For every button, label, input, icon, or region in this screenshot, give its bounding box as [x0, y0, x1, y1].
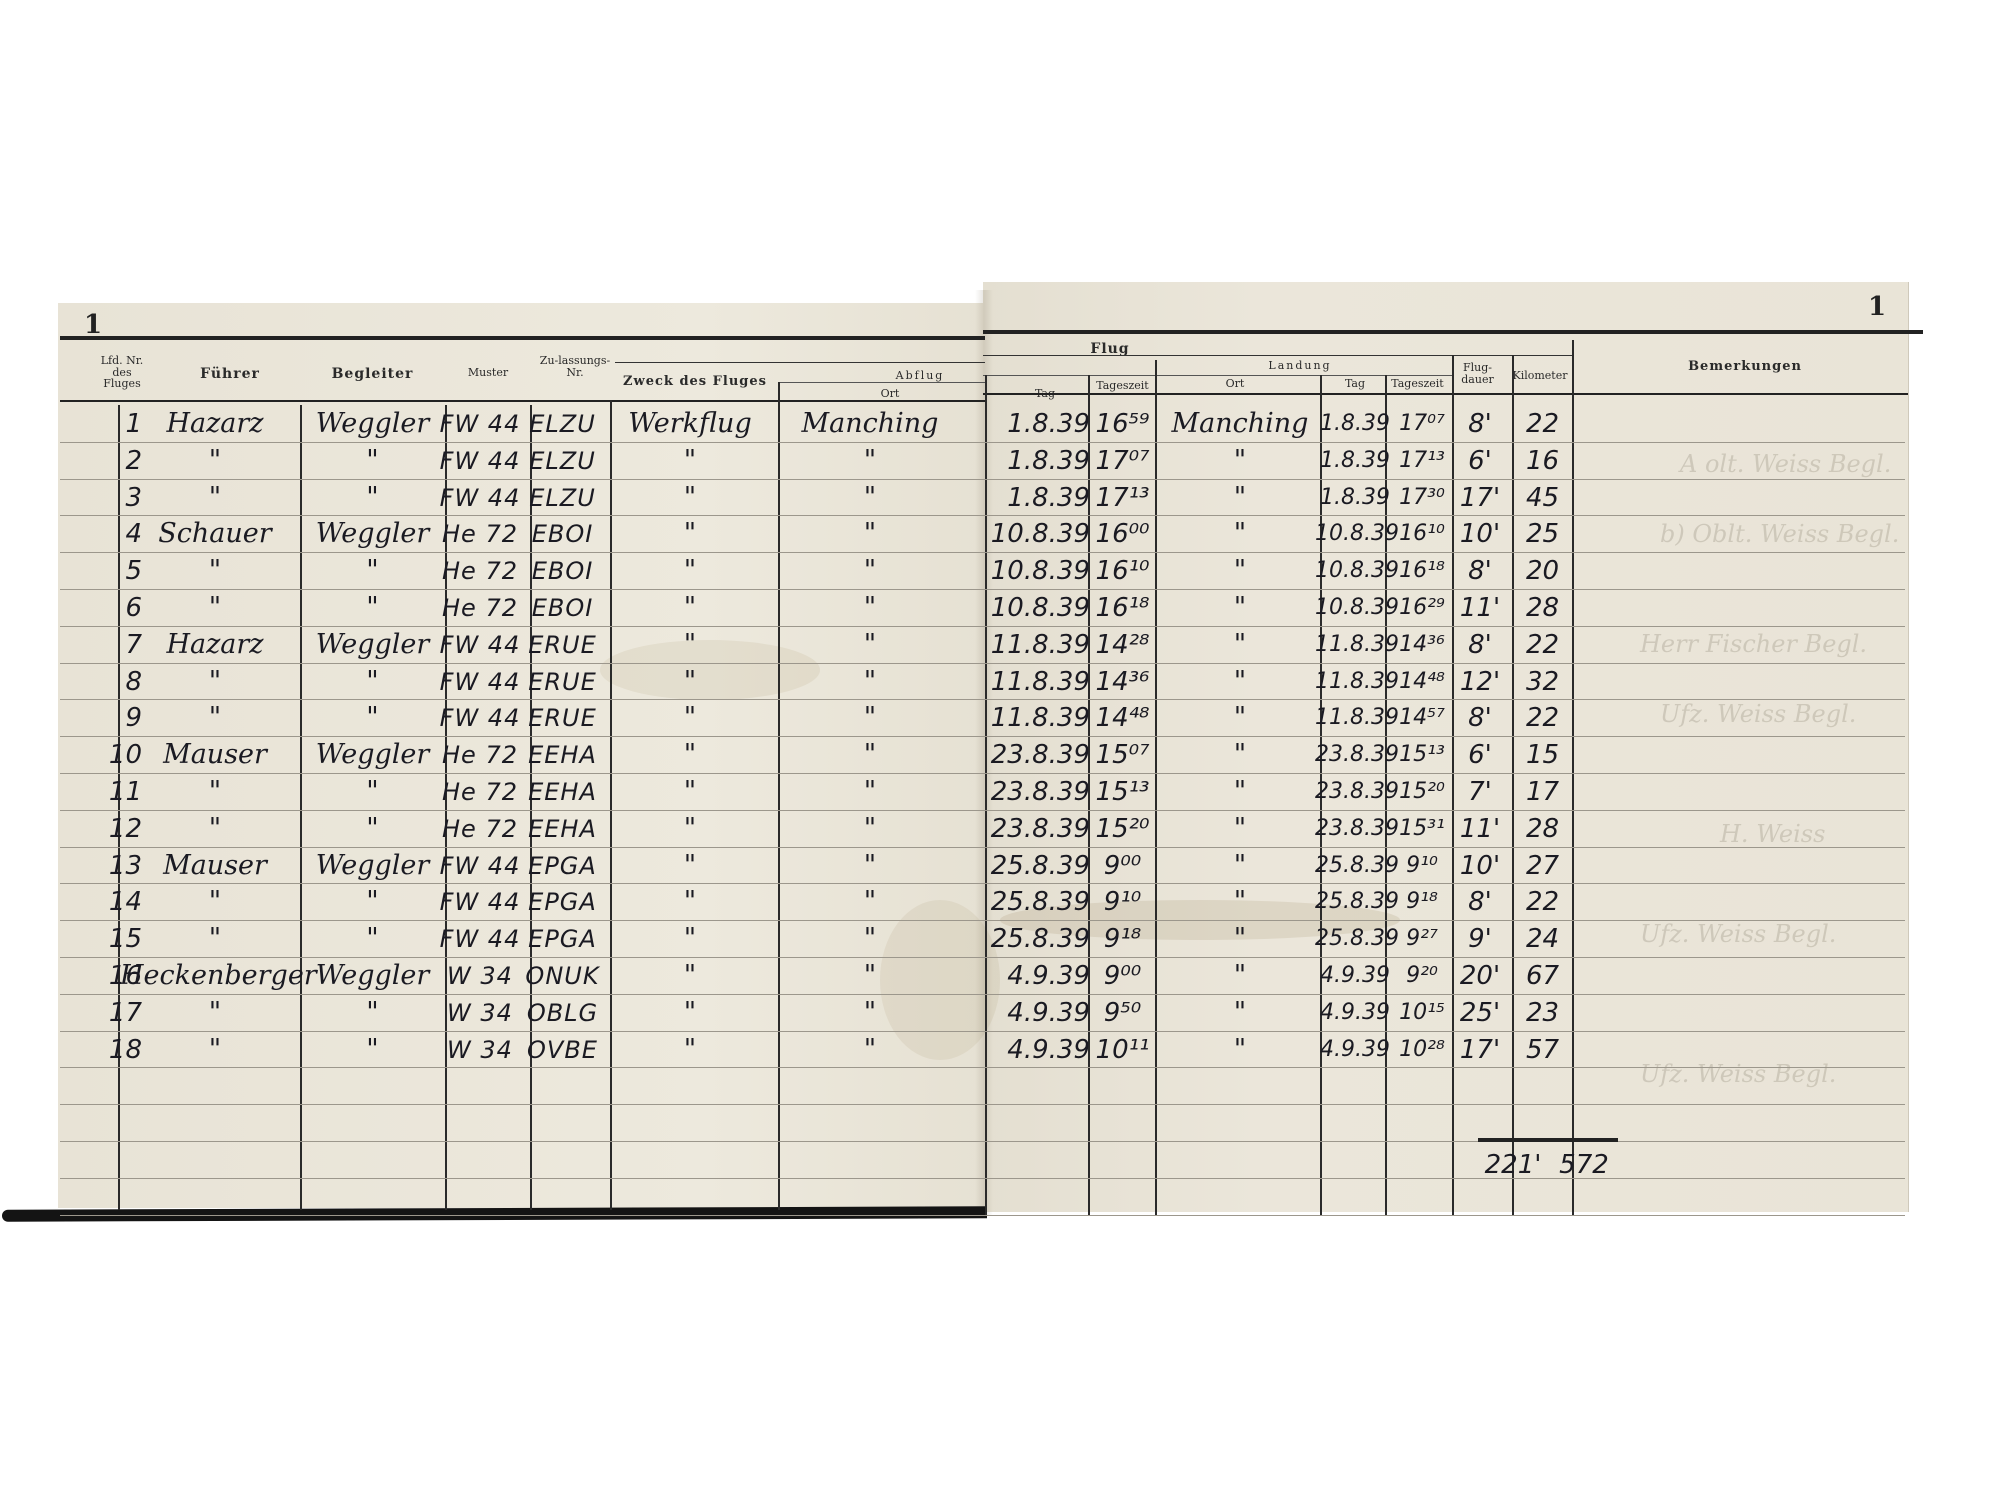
cell-la-zeit: 15²⁰ — [1392, 775, 1452, 809]
cell-fuehrer: Schauer — [120, 517, 310, 551]
cell-muster: FW 44 — [435, 885, 525, 919]
header-bottom-rule — [60, 400, 985, 402]
cell-ab-ort: " — [770, 591, 970, 625]
row-line — [60, 552, 985, 553]
cell-la-tag: 23.8.39 — [1315, 738, 1390, 772]
row-line — [60, 883, 985, 884]
cell-zul: EPGA — [520, 922, 605, 956]
cell-ab-zeit: 9⁰⁰ — [1090, 959, 1155, 993]
cell-zweck: " — [610, 1033, 770, 1067]
cell-dauer: 17' — [1450, 1033, 1510, 1067]
header-flugdauer: Flug-dauer — [1450, 362, 1505, 385]
cell-fuehrer: Heckenberger — [120, 959, 310, 993]
cell-muster: He 72 — [435, 738, 525, 772]
cell-ab-ort: " — [770, 481, 970, 515]
header-divider — [778, 382, 985, 383]
cell-fuehrer: " — [120, 812, 310, 846]
cell-begleiter: Weggler — [300, 628, 445, 662]
cell-la-ort: " — [1155, 885, 1325, 919]
cell-ab-tag: 4.9.39 — [990, 959, 1090, 993]
cell-ab-tag: 25.8.39 — [990, 885, 1090, 919]
cell-zweck: " — [610, 554, 770, 588]
totals-rule — [1478, 1138, 1618, 1142]
cell-ab-ort: " — [770, 996, 970, 1030]
cell-fuehrer: " — [120, 775, 310, 809]
bleed-through-text: b) Oblt. Weiss Begl. — [1660, 520, 1899, 548]
bleed-through-text: Ufz. Weiss Begl. — [1640, 920, 1836, 948]
cell-ab-ort: " — [770, 517, 970, 551]
row-line — [60, 663, 985, 664]
cell-muster: FW 44 — [435, 407, 525, 441]
cell-muster: He 72 — [435, 591, 525, 625]
cell-la-tag: 11.8.39 — [1315, 701, 1390, 735]
column-divider — [1572, 340, 1574, 1215]
total-flugdauer: 221' — [1478, 1148, 1548, 1182]
cell-la-zeit: 17¹³ — [1392, 444, 1452, 478]
cell-ab-ort: " — [770, 849, 970, 883]
cell-la-ort: " — [1155, 665, 1325, 699]
cell-la-tag: 1.8.39 — [1315, 407, 1390, 441]
cell-begleiter: Weggler — [300, 517, 445, 551]
column-divider — [1512, 355, 1514, 1215]
cell-la-tag: 23.8.39 — [1315, 812, 1390, 846]
cell-zul: EPGA — [520, 885, 605, 919]
cell-fuehrer: Hazarz — [120, 628, 310, 662]
cell-ab-ort: " — [770, 701, 970, 735]
cell-begleiter: " — [300, 665, 445, 699]
cell-zweck: " — [610, 996, 770, 1030]
cell-la-ort: " — [1155, 775, 1325, 809]
cell-zweck: " — [610, 517, 770, 551]
cell-zul: EPGA — [520, 849, 605, 883]
cell-zul: ONUK — [520, 959, 605, 993]
row-line — [983, 1104, 1905, 1105]
cell-ab-ort: " — [770, 444, 970, 478]
row-line — [60, 626, 985, 627]
cell-ab-ort: " — [770, 554, 970, 588]
row-line — [983, 994, 1905, 995]
row-line — [983, 957, 1905, 958]
bleed-through-text: Ufz. Weiss Begl. — [1660, 700, 1856, 728]
row-line — [983, 773, 1905, 774]
header-divider — [1150, 375, 1450, 376]
cell-km: 24 — [1515, 922, 1570, 956]
cell-fuehrer: " — [120, 665, 310, 699]
cell-km: 28 — [1515, 591, 1570, 625]
cell-ab-ort: " — [770, 885, 970, 919]
row-line — [983, 1067, 1905, 1068]
cell-zweck: " — [610, 775, 770, 809]
row-line — [60, 810, 985, 811]
cell-muster: He 72 — [435, 812, 525, 846]
cell-la-ort: " — [1155, 591, 1325, 625]
cell-zul: ELZU — [520, 407, 605, 441]
cell-la-zeit: 15¹³ — [1392, 738, 1452, 772]
row-line — [983, 663, 1905, 664]
header-abflug: Abflug — [860, 370, 980, 382]
cell-fuehrer: " — [120, 1033, 310, 1067]
cell-muster: FW 44 — [435, 444, 525, 478]
header-divider — [983, 355, 1573, 356]
cell-la-zeit: 16¹⁰ — [1392, 517, 1452, 551]
cell-la-ort: " — [1155, 481, 1325, 515]
cell-ab-ort: " — [770, 665, 970, 699]
row-line — [60, 736, 985, 737]
cell-la-ort: " — [1155, 812, 1325, 846]
row-line — [60, 1031, 985, 1032]
row-line — [983, 515, 1905, 516]
cell-dauer: 10' — [1450, 517, 1510, 551]
cell-ab-ort: Manching — [770, 407, 970, 441]
cell-ab-ort: " — [770, 812, 970, 846]
cell-muster: FW 44 — [435, 701, 525, 735]
cell-ab-zeit: 9⁵⁰ — [1090, 996, 1155, 1030]
cell-km: 22 — [1515, 885, 1570, 919]
cell-zweck: " — [610, 591, 770, 625]
cell-muster: FW 44 — [435, 849, 525, 883]
cell-zul: ELZU — [520, 444, 605, 478]
cell-la-ort: " — [1155, 996, 1325, 1030]
cell-muster: FW 44 — [435, 628, 525, 662]
cell-muster: FW 44 — [435, 922, 525, 956]
cell-begleiter: Weggler — [300, 959, 445, 993]
row-line — [983, 920, 1905, 921]
cell-fuehrer: " — [120, 996, 310, 1030]
cell-la-tag: 10.8.39 — [1315, 554, 1390, 588]
cell-la-tag: 10.8.39 — [1315, 591, 1390, 625]
cell-dauer: 10' — [1450, 849, 1510, 883]
header-landung-tageszeit: Tageszeit — [1385, 378, 1450, 390]
cell-zul: OBLG — [520, 996, 605, 1030]
cell-ab-tag: 25.8.39 — [990, 922, 1090, 956]
cell-fuehrer: Hazarz — [120, 407, 310, 441]
cell-ab-tag: 23.8.39 — [990, 738, 1090, 772]
cell-ab-tag: 10.8.39 — [990, 517, 1090, 551]
cell-km: 57 — [1515, 1033, 1570, 1067]
row-line — [60, 699, 985, 700]
cell-la-zeit: 9²⁷ — [1392, 922, 1452, 956]
cell-zweck: " — [610, 849, 770, 883]
cell-dauer: 8' — [1450, 885, 1510, 919]
row-line — [983, 1178, 1905, 1179]
header-landung: Landung — [1210, 360, 1390, 372]
cell-dauer: 8' — [1450, 701, 1510, 735]
cell-ab-zeit: 10¹¹ — [1090, 1033, 1155, 1067]
total-kilometer: 572 — [1550, 1148, 1618, 1182]
cell-la-zeit: 15³¹ — [1392, 812, 1452, 846]
cell-zweck: Werkflug — [610, 407, 770, 441]
cell-ab-tag: 11.8.39 — [990, 665, 1090, 699]
cell-ab-ort: " — [770, 738, 970, 772]
cell-muster: W 34 — [435, 996, 525, 1030]
cell-la-ort: " — [1155, 554, 1325, 588]
cell-la-zeit: 17³⁰ — [1392, 481, 1452, 515]
cell-begleiter: Weggler — [300, 849, 445, 883]
cell-km: 23 — [1515, 996, 1570, 1030]
cell-la-zeit: 10¹⁵ — [1392, 996, 1452, 1030]
cell-begleiter: " — [300, 444, 445, 478]
cell-km: 32 — [1515, 665, 1570, 699]
cell-ab-tag: 1.8.39 — [990, 444, 1090, 478]
cell-ab-zeit: 16¹⁸ — [1090, 591, 1155, 625]
cell-begleiter: " — [300, 812, 445, 846]
cell-muster: W 34 — [435, 1033, 525, 1067]
cell-dauer: 25' — [1450, 996, 1510, 1030]
header-kilometer: Kilometer — [1510, 370, 1570, 382]
header-zulassungs-nr: Zu-lassungs-Nr. — [535, 355, 615, 378]
cell-fuehrer: Mauser — [120, 738, 310, 772]
cell-zweck: " — [610, 812, 770, 846]
cell-ab-zeit: 9⁰⁰ — [1090, 849, 1155, 883]
cell-la-tag: 1.8.39 — [1315, 444, 1390, 478]
cell-ab-zeit: 15²⁰ — [1090, 812, 1155, 846]
cell-begleiter: " — [300, 1033, 445, 1067]
cell-zul: EEHA — [520, 738, 605, 772]
cell-la-ort: " — [1155, 701, 1325, 735]
cell-dauer: 17' — [1450, 481, 1510, 515]
row-line — [60, 957, 985, 958]
bleed-through-text: Herr Fischer Begl. — [1640, 630, 1867, 658]
cell-ab-zeit: 16¹⁰ — [1090, 554, 1155, 588]
cell-dauer: 8' — [1450, 628, 1510, 662]
cell-la-zeit: 16¹⁸ — [1392, 554, 1452, 588]
cell-muster: He 72 — [435, 554, 525, 588]
cell-zweck: " — [610, 665, 770, 699]
bleed-through-text: Ufz. Weiss Begl. — [1640, 1060, 1836, 1088]
cell-zul: EEHA — [520, 812, 605, 846]
cell-begleiter: " — [300, 701, 445, 735]
row-line — [60, 847, 985, 848]
row-line — [983, 1215, 1905, 1216]
row-line — [983, 699, 1905, 700]
header-muster: Muster — [445, 367, 531, 379]
cell-zul: EEHA — [520, 775, 605, 809]
column-divider — [985, 375, 987, 1215]
row-line — [60, 515, 985, 516]
header-zweck: Zweck des Fluges — [615, 375, 775, 389]
cell-ab-ort: " — [770, 959, 970, 993]
cell-la-ort: " — [1155, 922, 1325, 956]
row-line — [60, 1178, 985, 1179]
cell-zul: ERUE — [520, 665, 605, 699]
cell-km: 22 — [1515, 407, 1570, 441]
page-number-right: 1 — [1868, 292, 1886, 322]
cell-ab-tag: 1.8.39 — [990, 407, 1090, 441]
row-line — [983, 847, 1905, 848]
cell-km: 27 — [1515, 849, 1570, 883]
cell-ab-ort: " — [770, 628, 970, 662]
cell-km: 45 — [1515, 481, 1570, 515]
cell-km: 15 — [1515, 738, 1570, 772]
header-bottom-rule — [983, 393, 1908, 395]
cell-km: 25 — [1515, 517, 1570, 551]
cell-la-zeit: 14⁵⁷ — [1392, 701, 1452, 735]
header-rule — [983, 330, 1923, 334]
cell-la-zeit: 14⁴⁸ — [1392, 665, 1452, 699]
cell-zweck: " — [610, 628, 770, 662]
bleed-through-text: A olt. Weiss Begl. — [1680, 450, 1891, 478]
row-line — [983, 626, 1905, 627]
header-fuehrer: Führer — [160, 367, 300, 382]
cell-zul: EBOI — [520, 591, 605, 625]
header-landung-ort: Ort — [1170, 378, 1300, 390]
cell-ab-ort: " — [770, 922, 970, 956]
cell-la-zeit: 14³⁶ — [1392, 628, 1452, 662]
cell-dauer: 9' — [1450, 922, 1510, 956]
cell-fuehrer: Mauser — [120, 849, 310, 883]
cell-dauer: 8' — [1450, 407, 1510, 441]
row-line — [60, 994, 985, 995]
header-lfd-nr: Lfd. Nr. des Fluges — [92, 355, 152, 390]
cell-ab-tag: 10.8.39 — [990, 554, 1090, 588]
cell-ab-tag: 11.8.39 — [990, 628, 1090, 662]
cell-muster: FW 44 — [435, 481, 525, 515]
cell-la-tag: 25.8.39 — [1315, 849, 1390, 883]
cell-ab-tag: 4.9.39 — [990, 1033, 1090, 1067]
cell-la-zeit: 9¹⁸ — [1392, 885, 1452, 919]
cell-muster: W 34 — [435, 959, 525, 993]
cell-la-tag: 25.8.39 — [1315, 922, 1390, 956]
cell-ab-ort: " — [770, 775, 970, 809]
cell-la-tag: 25.8.39 — [1315, 885, 1390, 919]
header-abflug-tageszeit: Tageszeit — [1090, 380, 1155, 392]
cell-km: 28 — [1515, 812, 1570, 846]
cell-la-ort: " — [1155, 1033, 1325, 1067]
cell-dauer: 6' — [1450, 738, 1510, 772]
cell-zul: ERUE — [520, 628, 605, 662]
cell-ab-tag: 25.8.39 — [990, 849, 1090, 883]
cell-begleiter: " — [300, 481, 445, 515]
cell-la-ort: " — [1155, 628, 1325, 662]
cell-la-zeit: 9¹⁰ — [1392, 849, 1452, 883]
row-line — [60, 920, 985, 921]
row-line — [983, 1031, 1905, 1032]
header-abflug-ort: Ort — [820, 388, 960, 400]
cell-km: 22 — [1515, 701, 1570, 735]
cell-muster: FW 44 — [435, 665, 525, 699]
cell-dauer: 11' — [1450, 591, 1510, 625]
cell-la-zeit: 17⁰⁷ — [1392, 407, 1452, 441]
cell-begleiter: " — [300, 922, 445, 956]
cell-ab-tag: 10.8.39 — [990, 591, 1090, 625]
cell-begleiter: " — [300, 554, 445, 588]
header-rule — [60, 336, 985, 340]
cell-ab-zeit: 14⁴⁸ — [1090, 701, 1155, 735]
cell-dauer: 20' — [1450, 959, 1510, 993]
cell-begleiter: Weggler — [300, 738, 445, 772]
cell-km: 17 — [1515, 775, 1570, 809]
cell-la-tag: 11.8.39 — [1315, 665, 1390, 699]
cell-ab-zeit: 14²⁸ — [1090, 628, 1155, 662]
cell-la-zeit: 10²⁸ — [1392, 1033, 1452, 1067]
cell-ab-zeit: 14³⁶ — [1090, 665, 1155, 699]
cell-dauer: 7' — [1450, 775, 1510, 809]
cell-begleiter: " — [300, 996, 445, 1030]
cell-la-tag: 10.8.39 — [1315, 517, 1390, 551]
row-line — [983, 1141, 1905, 1142]
cell-zweck: " — [610, 444, 770, 478]
cell-zweck: " — [610, 701, 770, 735]
row-line — [983, 589, 1905, 590]
cell-dauer: 11' — [1450, 812, 1510, 846]
cell-zul: OVBE — [520, 1033, 605, 1067]
cell-muster: He 72 — [435, 775, 525, 809]
row-line — [60, 773, 985, 774]
cell-muster: He 72 — [435, 517, 525, 551]
cell-la-zeit: 9²⁰ — [1392, 959, 1452, 993]
cell-begleiter: Weggler — [300, 407, 445, 441]
cell-fuehrer: " — [120, 701, 310, 735]
cell-ab-zeit: 16⁵⁹ — [1090, 407, 1155, 441]
cell-zul: ERUE — [520, 701, 605, 735]
cell-la-ort: " — [1155, 444, 1325, 478]
row-line — [60, 1215, 985, 1216]
cell-ab-zeit: 17⁰⁷ — [1090, 444, 1155, 478]
cell-km: 67 — [1515, 959, 1570, 993]
row-line — [983, 552, 1905, 553]
cell-zweck: " — [610, 959, 770, 993]
row-line — [60, 1141, 985, 1142]
cell-zul: ELZU — [520, 481, 605, 515]
cell-ab-zeit: 16⁰⁰ — [1090, 517, 1155, 551]
cell-ab-tag: 11.8.39 — [990, 701, 1090, 735]
cell-fuehrer: " — [120, 444, 310, 478]
row-line — [60, 442, 985, 443]
cell-fuehrer: " — [120, 481, 310, 515]
header-landung-tag: Tag — [1320, 378, 1390, 390]
row-line — [983, 479, 1905, 480]
cell-fuehrer: " — [120, 591, 310, 625]
cell-zweck: " — [610, 922, 770, 956]
cell-zweck: " — [610, 738, 770, 772]
cell-fuehrer: " — [120, 885, 310, 919]
row-line — [983, 736, 1905, 737]
cell-dauer: 6' — [1450, 444, 1510, 478]
cell-la-ort: " — [1155, 959, 1325, 993]
cell-km: 20 — [1515, 554, 1570, 588]
cell-km: 16 — [1515, 444, 1570, 478]
bleed-through-text: H. Weiss — [1720, 820, 1825, 848]
cell-la-ort: " — [1155, 738, 1325, 772]
header-divider — [615, 362, 985, 363]
cell-begleiter: " — [300, 591, 445, 625]
row-line — [60, 479, 985, 480]
cell-la-tag: 11.8.39 — [1315, 628, 1390, 662]
cell-ab-zeit: 17¹³ — [1090, 481, 1155, 515]
cell-la-tag: 4.9.39 — [1315, 1033, 1390, 1067]
cell-la-ort: " — [1155, 849, 1325, 883]
cell-la-ort: " — [1155, 517, 1325, 551]
cell-zul: EBOI — [520, 517, 605, 551]
cell-ab-zeit: 9¹⁰ — [1090, 885, 1155, 919]
cell-fuehrer: " — [120, 922, 310, 956]
row-line — [983, 883, 1905, 884]
cell-la-tag: 1.8.39 — [1315, 481, 1390, 515]
cell-la-tag: 4.9.39 — [1315, 996, 1390, 1030]
header-begleiter: Begleiter — [300, 367, 445, 382]
cell-begleiter: " — [300, 775, 445, 809]
cell-ab-tag: 23.8.39 — [990, 812, 1090, 846]
cell-ab-tag: 1.8.39 — [990, 481, 1090, 515]
cell-zweck: " — [610, 885, 770, 919]
cell-km: 22 — [1515, 628, 1570, 662]
cell-ab-ort: " — [770, 1033, 970, 1067]
row-line — [983, 810, 1905, 811]
row-line — [983, 442, 1905, 443]
row-line — [60, 1067, 985, 1068]
cell-begleiter: " — [300, 885, 445, 919]
cell-la-ort: Manching — [1155, 407, 1325, 441]
